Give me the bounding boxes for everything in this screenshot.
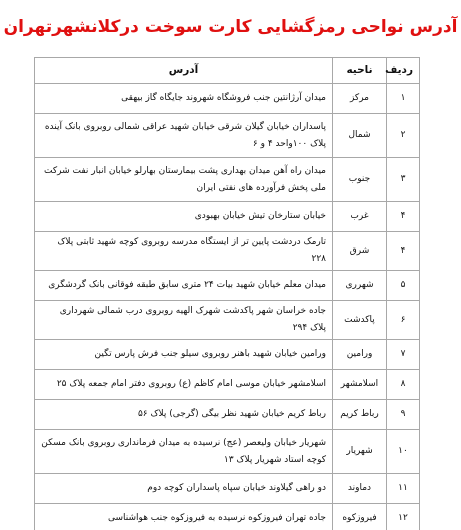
address-cell: میدان آرژانتین جنب فروشگاه شهروند جایگاه… bbox=[35, 84, 333, 114]
address-cell: شهریار خیابان ولیعصر (عج) نرسیده به میدا… bbox=[35, 430, 333, 474]
row-number-cell: ۴ bbox=[387, 202, 420, 232]
address-cell: جاده خراسان شهر پاکدشت شهرک الهیه روبروی… bbox=[35, 301, 333, 340]
region-cell: جنوب bbox=[333, 158, 387, 202]
region-cell: شمال bbox=[333, 114, 387, 158]
address-cell: میدان معلم خیابان شهید بیات ۲۴ متری سابق… bbox=[35, 271, 333, 301]
row-number-cell: ۹ bbox=[387, 400, 420, 430]
table-row: ۱۲فیروزکوهجاده تهران فیروزکوه نرسیده به … bbox=[35, 504, 420, 530]
row-number-cell: ۱ bbox=[387, 84, 420, 114]
table-row: ۳جنوبمیدان راه آهن میدان بهداری پشت بیما… bbox=[35, 158, 420, 202]
region-cell: رباط کریم bbox=[333, 400, 387, 430]
row-number-cell: ۱۱ bbox=[387, 474, 420, 504]
address-cell: اسلامشهر خیابان موسی امام کاظم (ع) روبرو… bbox=[35, 370, 333, 400]
address-table: ردیف ناحیه آدرس ۱مرکزمیدان آرژانتین جنب … bbox=[34, 57, 420, 530]
table-row: ۱مرکزمیدان آرژانتین جنب فروشگاه شهروند ج… bbox=[35, 84, 420, 114]
table-row: ۱۱دماونددو راهی گیلاوند خیابان سپاه پاسد… bbox=[35, 474, 420, 504]
row-number-cell: ۶ bbox=[387, 301, 420, 340]
address-cell: میدان راه آهن میدان بهداری پشت بیمارستان… bbox=[35, 158, 333, 202]
table-row: ۸اسلامشهراسلامشهر خیابان موسی امام کاظم … bbox=[35, 370, 420, 400]
table-row: ۹رباط کریمرباط کریم خیابان شهید نظر بیگی… bbox=[35, 400, 420, 430]
row-number-cell: ۲ bbox=[387, 114, 420, 158]
header-region: ناحیه bbox=[333, 58, 387, 84]
table-row: ۲شمالپاسداران خیابان گیلان شرقی خیابان ش… bbox=[35, 114, 420, 158]
row-number-cell: ۱۰ bbox=[387, 430, 420, 474]
region-cell: پاکدشت bbox=[333, 301, 387, 340]
row-number-cell: ۴ bbox=[387, 232, 420, 271]
table-row: ۵شهرریمیدان معلم خیابان شهید بیات ۲۴ متر… bbox=[35, 271, 420, 301]
row-number-cell: ۷ bbox=[387, 340, 420, 370]
page-title: آدرس نواحی رمزگشایی کارت سوخت درکلانشهرت… bbox=[0, 17, 461, 37]
table-row: ۶پاکدشتجاده خراسان شهر پاکدشت شهرک الهیه… bbox=[35, 301, 420, 340]
row-number-cell: ۳ bbox=[387, 158, 420, 202]
header-address: آدرس bbox=[35, 58, 333, 84]
region-cell: مرکز bbox=[333, 84, 387, 114]
table-row: ۴شرقتارمک دردشت پایین تر از ایستگاه مدرس… bbox=[35, 232, 420, 271]
region-cell: شرق bbox=[333, 232, 387, 271]
address-cell: رباط کریم خیابان شهید نظر بیگی (گرجی) پل… bbox=[35, 400, 333, 430]
address-cell: ورامین خیابان شهید باهنر روبروی سیلو جنب… bbox=[35, 340, 333, 370]
header-row-number: ردیف bbox=[387, 58, 420, 84]
region-cell: دماوند bbox=[333, 474, 387, 504]
region-cell: اسلامشهر bbox=[333, 370, 387, 400]
region-cell: فیروزکوه bbox=[333, 504, 387, 530]
address-cell: دو راهی گیلاوند خیابان سپاه پاسداران کوچ… bbox=[35, 474, 333, 504]
region-cell: شهریار bbox=[333, 430, 387, 474]
row-number-cell: ۸ bbox=[387, 370, 420, 400]
address-cell: پاسداران خیابان گیلان شرقی خیابان شهید ع… bbox=[35, 114, 333, 158]
row-number-cell: ۵ bbox=[387, 271, 420, 301]
table-row: ۷ورامینورامین خیابان شهید باهنر روبروی س… bbox=[35, 340, 420, 370]
address-cell: تارمک دردشت پایین تر از ایستگاه مدرسه رو… bbox=[35, 232, 333, 271]
table-header-row: ردیف ناحیه آدرس bbox=[35, 58, 420, 84]
table-row: ۴غربخیابان ستارخان تیش خیابان بهبودی bbox=[35, 202, 420, 232]
region-cell: ورامین bbox=[333, 340, 387, 370]
address-cell: جاده تهران فیروزکوه نرسیده به فیروزکوه ج… bbox=[35, 504, 333, 530]
table-row: ۱۰شهریارشهریار خیابان ولیعصر (عج) نرسیده… bbox=[35, 430, 420, 474]
row-number-cell: ۱۲ bbox=[387, 504, 420, 530]
region-cell: غرب bbox=[333, 202, 387, 232]
region-cell: شهرری bbox=[333, 271, 387, 301]
address-cell: خیابان ستارخان تیش خیابان بهبودی bbox=[35, 202, 333, 232]
